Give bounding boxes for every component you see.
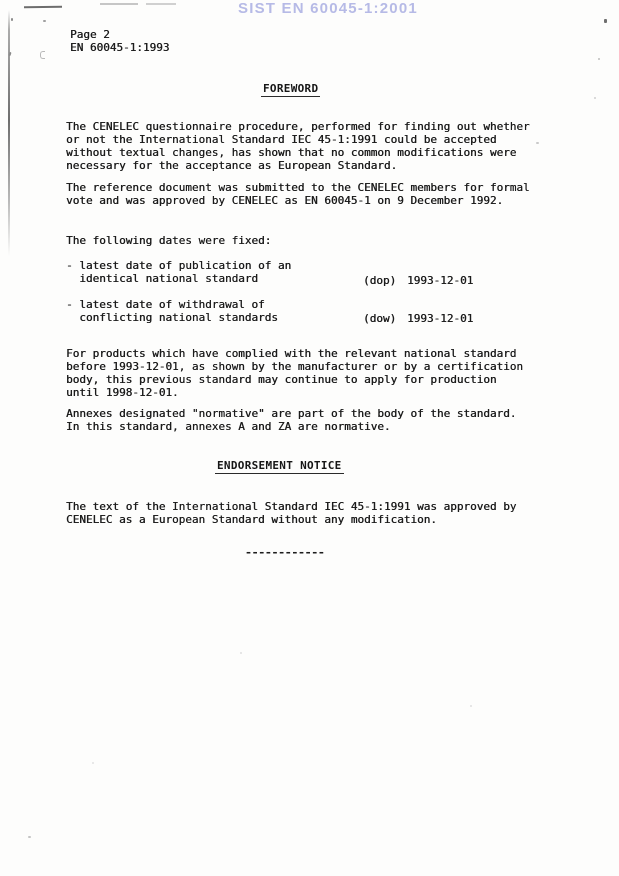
scan-speck-9 bbox=[470, 705, 472, 707]
scan-speck-top-right bbox=[604, 19, 607, 23]
page-edge-scan-line bbox=[8, 10, 10, 256]
scan-speck-7 bbox=[28, 836, 31, 838]
date-item-dow-label: - latest date of withdrawal of conflicti… bbox=[66, 298, 278, 324]
scan-speck-8 bbox=[240, 652, 242, 654]
paragraph-reference-document: The reference document was submitted to … bbox=[66, 181, 530, 207]
endorsement-notice-heading: ENDORSEMENT NOTICE bbox=[215, 459, 344, 474]
scan-speck-6 bbox=[536, 142, 539, 144]
scan-speck-10 bbox=[92, 762, 94, 764]
foreword-heading: FOREWORD bbox=[261, 82, 320, 97]
paragraph-products-complied: For products which have complied with th… bbox=[66, 347, 523, 399]
date-item-dop-value: 1993-12-01 bbox=[407, 274, 473, 287]
scan-speck-2 bbox=[43, 20, 46, 22]
document-page: SIST EN 60045-1:2001 Page 2EN 60045-1:19… bbox=[0, 0, 619, 876]
page-header: Page 2EN 60045-1:1993 bbox=[70, 28, 169, 54]
scan-mark-top-dash-faint-2 bbox=[146, 3, 176, 5]
scan-speck-3 bbox=[8, 52, 11, 56]
separator-dashes: ------------ bbox=[245, 546, 324, 559]
date-item-dow-value: 1993-12-01 bbox=[407, 312, 473, 325]
standard-reference: EN 60045-1:1993 bbox=[70, 41, 169, 54]
scan-speck-4 bbox=[598, 58, 600, 60]
scan-mark-top-dash bbox=[24, 6, 62, 8]
paragraph-questionnaire-procedure: The CENELEC questionnaire procedure, per… bbox=[66, 120, 530, 172]
scan-speck-5 bbox=[594, 97, 596, 99]
paragraph-annexes-normative: Annexes designated "normative" are part … bbox=[66, 407, 516, 433]
page-number-label: Page 2 bbox=[70, 28, 169, 41]
scan-squiggle bbox=[40, 51, 45, 59]
date-item-dop-code: (dop) bbox=[363, 274, 396, 287]
paragraph-dates-intro: The following dates were fixed: bbox=[66, 234, 271, 247]
date-item-dow-code: (dow) bbox=[363, 312, 396, 325]
scan-speck-1 bbox=[11, 18, 13, 21]
watermark-text: SIST EN 60045-1:2001 bbox=[238, 1, 418, 16]
paragraph-endorsement-text: The text of the International Standard I… bbox=[66, 500, 516, 526]
date-item-dop-label: - latest date of publication of an ident… bbox=[66, 259, 291, 285]
scan-mark-top-dash-faint-1 bbox=[100, 3, 138, 5]
